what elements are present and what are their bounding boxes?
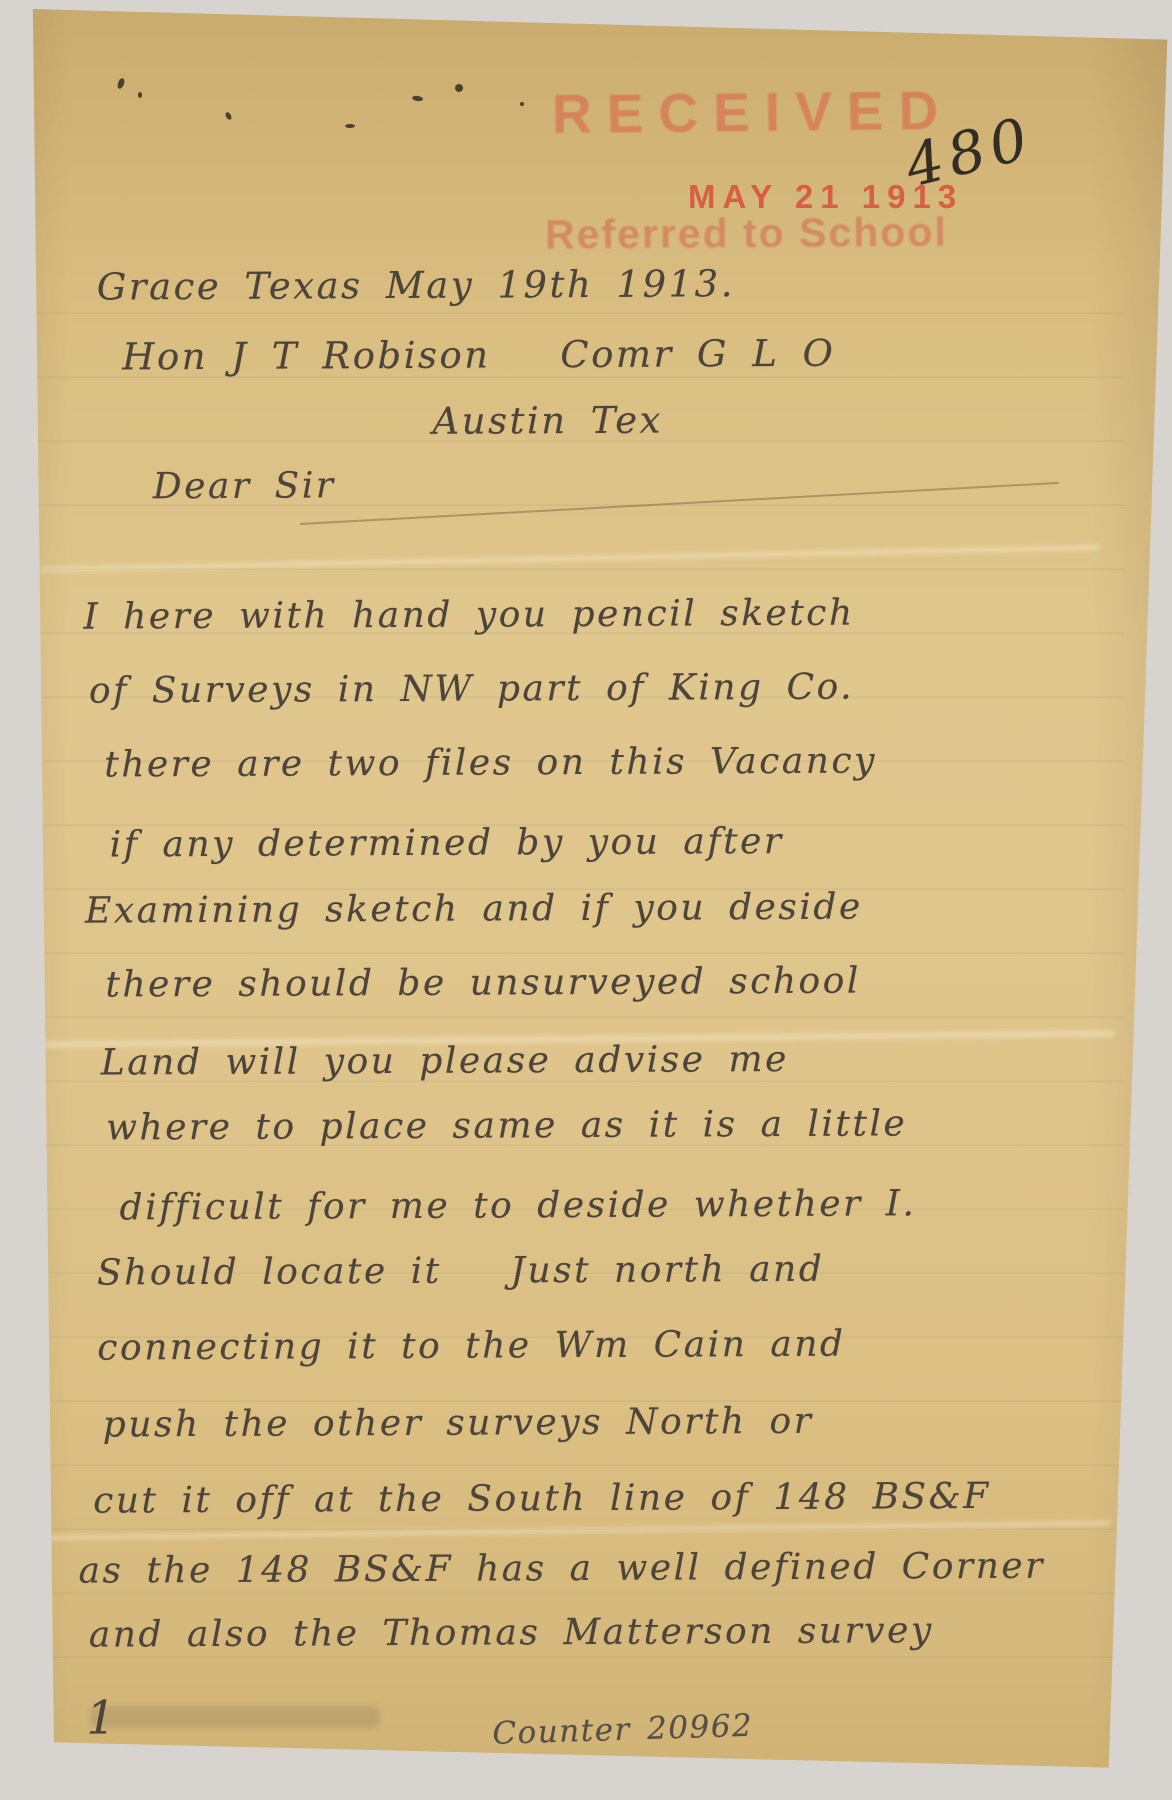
addressee-line: Hon J T Robison Comr G L O	[122, 332, 836, 379]
dateline: Grace Texas May 19th 1913.	[97, 262, 735, 308]
address-line: Austin Tex	[432, 399, 663, 443]
page-number-mark: 1	[86, 1690, 118, 1744]
body-line: Examining sketch and if you deside	[85, 887, 863, 932]
body-line: push the other surveys North or	[103, 1401, 814, 1446]
salutation: Dear Sir	[153, 465, 336, 507]
body-line: connecting it to the Wm Cain and	[97, 1324, 845, 1369]
scanned-letter-page: RECEIVED MAY 21 1913 Referred to School …	[0, 0, 1172, 1800]
counter-annotation: Counter 20962	[492, 1708, 754, 1752]
letter-body: Grace Texas May 19th 1913. Hon J T Robis…	[0, 0, 1172, 1800]
body-line: as the 148 BS&F has a well defined Corne…	[78, 1546, 1045, 1592]
body-line: if any determined by you after	[110, 821, 784, 866]
body-line: difficult for me to deside whether I.	[119, 1183, 916, 1228]
body-line: there should be unsurveyed school	[105, 961, 861, 1006]
body-line: where to place same as it is a little	[106, 1103, 907, 1148]
body-line: I here with hand you pencil sketch	[83, 593, 854, 638]
body-line: cut it off at the South line of 148 BS&F	[93, 1476, 991, 1522]
body-line: and also the Thomas Matterson survey	[89, 1610, 934, 1655]
body-line: Land will you please advise me	[101, 1039, 789, 1084]
body-line: there are two files on this Vacancy	[104, 740, 877, 785]
body-line: of Surveys in NW part of King Co.	[89, 667, 854, 712]
body-line: Should locate it Just north and	[97, 1249, 825, 1294]
